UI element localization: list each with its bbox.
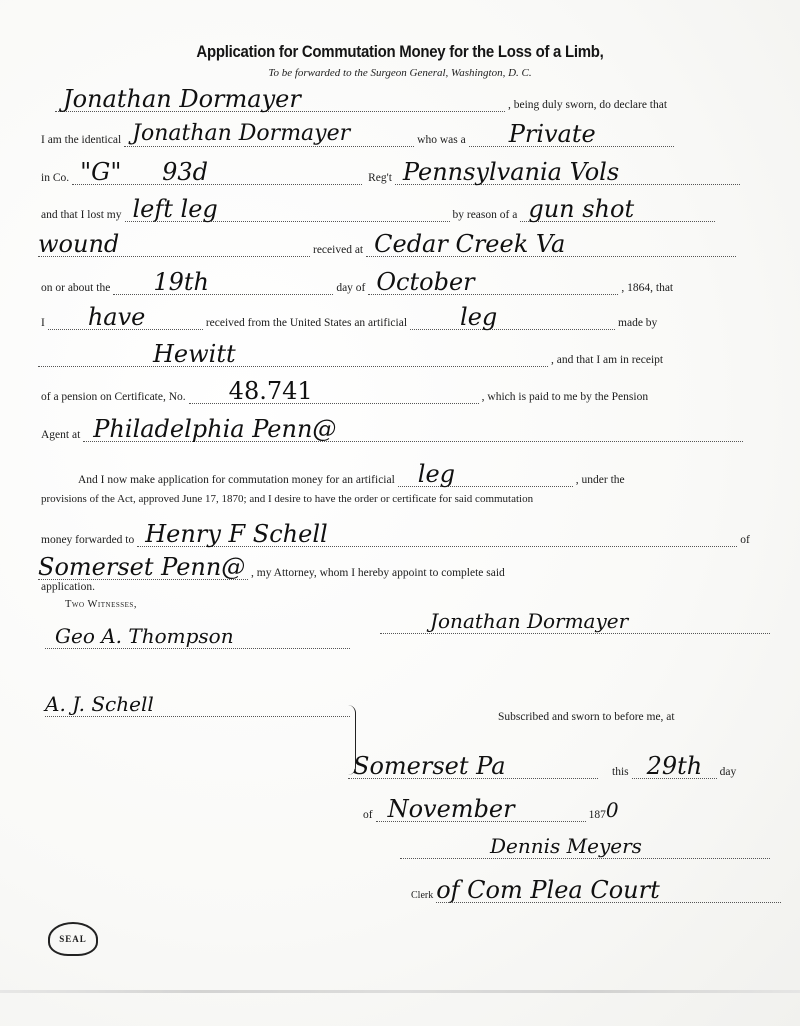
agent-line: Agent at Philadelphia Penn@ (38, 425, 743, 442)
application-line: And I now make application for commutati… (75, 470, 628, 487)
limb-lost: left leg (133, 197, 218, 221)
label-on-or-about: on or about the (38, 281, 113, 295)
date-line: on or about the 19th day of October , 18… (38, 278, 676, 295)
witness-1-field: Geo A. Thompson (45, 632, 350, 649)
label-in-co: in Co. (38, 171, 72, 185)
label-i: I (38, 316, 48, 330)
document-subtitle: To be forwarded to the Surgeon General, … (0, 67, 800, 79)
signature: Jonathan Dormayer (430, 609, 628, 633)
signature-line: Jonathan Dormayer (380, 617, 770, 634)
commutation-item: leg (418, 462, 455, 486)
company-field: "G" 93d (72, 168, 362, 185)
label-paid-by: , which is paid to me by the Pension (479, 390, 651, 404)
witness-2-line: A. J. Schell (45, 700, 350, 717)
witness-1: Geo A. Thompson (55, 624, 234, 648)
regiment-field: Pennsylvania Vols (395, 168, 740, 185)
have: have (88, 305, 146, 329)
cause-field: gun shot (520, 205, 715, 222)
day-field: 19th (113, 278, 333, 295)
certificate-no: 48.741 (229, 379, 313, 403)
clerk-line: Clerk of Com Plea Court (408, 886, 781, 903)
pension-agent-city: Philadelphia Penn@ (93, 417, 336, 441)
label-of: of (737, 533, 753, 547)
label-regt: Reg't (362, 171, 395, 185)
witness-1-line: Geo A. Thompson (45, 632, 350, 649)
signature-field: Jonathan Dormayer (380, 617, 770, 634)
label-apply-line1: And I now make application for commutati… (75, 473, 398, 487)
label-subscribed: Subscribed and sworn to before me, at (495, 710, 678, 724)
label-made-by: made by (615, 316, 660, 330)
label-under-the: , under the (573, 473, 628, 487)
label-day: day (717, 765, 740, 779)
label-two-witnesses: Two Witnesses, (62, 598, 140, 612)
certificate-field: 48.741 (189, 387, 479, 404)
sworn-place: Somerset Pa (353, 754, 506, 778)
sworn-month-line: of November 187 0 (360, 798, 619, 822)
label-by-reason: by reason of a (450, 208, 521, 222)
agent-field: Philadelphia Penn@ (83, 425, 743, 442)
attorney-line: money forwarded to Henry F Schell of (38, 530, 753, 547)
attorney-place-field: Somerset Penn@ (38, 563, 248, 580)
commutation-item-field: leg (398, 470, 573, 487)
regiment-number: 93d (162, 160, 208, 184)
official-name: Dennis Meyers (490, 834, 642, 858)
label-agent-at: Agent at (38, 428, 83, 442)
label-received-from: received from the United States an artif… (203, 316, 410, 330)
label-apply-line2: provisions of the Act, approved June 17,… (38, 492, 536, 506)
document-page: Application for Commutation Money for th… (0, 0, 800, 1026)
label-lost-my: and that I lost my (38, 208, 125, 222)
certificate-line: of a pension on Certificate, No. 48.741 … (38, 387, 651, 404)
label-clerk: Clerk (408, 889, 436, 903)
month-field: October (368, 278, 618, 295)
artificial-item-field: leg (410, 313, 615, 330)
declarant-field: Jonathan Dormayer (55, 95, 505, 112)
identical-line: I am the identical Jonathan Dormayer who… (38, 130, 674, 147)
declarant-name: Jonathan Dormayer (63, 87, 301, 111)
paper-fold-edge (0, 990, 800, 993)
witness-2: A. J. Schell (45, 692, 154, 716)
attorney-place-line: Somerset Penn@ , my Attorney, whom I her… (38, 563, 508, 580)
attorney-name: Henry F Schell (145, 522, 327, 546)
sworn-day-field: 29th (632, 762, 717, 779)
sworn-place-line: Somerset Pa this 29th day (348, 762, 739, 779)
rank: Private (509, 122, 596, 146)
provisions-line: provisions of the Act, approved June 17,… (38, 492, 536, 506)
maker: Hewitt (153, 342, 236, 366)
application-word-line: application. (38, 580, 98, 594)
place-field: Cedar Creek Va (366, 240, 736, 257)
cause-cont: wound (38, 232, 119, 256)
identical-field: Jonathan Dormayer (124, 130, 414, 147)
company-line: in Co. "G" 93d Reg't Pennsylvania Vols (38, 168, 740, 185)
have-field: have (48, 313, 203, 330)
sworn-month-field: November (376, 805, 586, 822)
label-day-of: day of (333, 281, 368, 295)
month: October (376, 270, 474, 294)
cause: gun shot (528, 197, 634, 221)
label-this: this (598, 765, 632, 779)
received-line: I have received from the United States a… (38, 313, 660, 330)
limb-field: left leg (125, 205, 450, 222)
rank-field: Private (469, 130, 674, 147)
official-title: of Com Plea Court (436, 878, 660, 902)
label-attorney: , my Attorney, whom I hereby appoint to … (248, 566, 508, 580)
official-line: Dennis Meyers (400, 842, 770, 859)
label-application: application. (38, 580, 98, 594)
label-received-at: received at (310, 243, 366, 257)
identical-name: Jonathan Dormayer (132, 122, 350, 146)
place-received: Cedar Creek Va (374, 232, 565, 256)
limb-line: and that I lost my left leg by reason of… (38, 205, 715, 222)
witness-2-field: A. J. Schell (45, 700, 350, 717)
maker-line: Hewitt , and that I am in receipt (38, 350, 666, 367)
regiment-state: Pennsylvania Vols (403, 160, 619, 184)
attorney-place: Somerset Penn@ (38, 555, 245, 579)
label-year-that: , 1864, that (618, 281, 676, 295)
witnesses-heading: Two Witnesses, (62, 598, 140, 612)
sworn-day: 29th (647, 754, 703, 778)
seal-stamp: SEAL (48, 922, 98, 956)
wound-line: wound received at Cedar Creek Va (38, 240, 736, 257)
label-in-receipt: , and that I am in receipt (548, 353, 666, 367)
artificial-item: leg (460, 305, 497, 329)
official-title-field: of Com Plea Court (436, 886, 781, 903)
company: "G" (80, 160, 121, 184)
label-being-sworn: , being duly sworn, do declare that (505, 98, 670, 112)
subscribed-line: Subscribed and sworn to before me, at (495, 710, 678, 724)
label-pension-cert: of a pension on Certificate, No. (38, 390, 189, 404)
seal-label: SEAL (59, 934, 87, 944)
attorney-field: Henry F Schell (137, 530, 737, 547)
label-forwarded-to: money forwarded to (38, 533, 137, 547)
official-field: Dennis Meyers (400, 842, 770, 859)
sworn-month: November (388, 797, 515, 821)
sworn-year-digit: 0 (606, 798, 619, 822)
label-year-prefix: 187 (586, 808, 606, 822)
label-who-was-a: who was a (414, 133, 469, 147)
sworn-place-field: Somerset Pa (348, 762, 598, 779)
maker-field: Hewitt (38, 350, 548, 367)
day: 19th (153, 270, 209, 294)
cause-cont-field: wound (38, 240, 310, 257)
label-i-am-identical: I am the identical (38, 133, 124, 147)
document-title: Application for Commutation Money for th… (48, 42, 752, 62)
label-of-month: of (360, 808, 376, 822)
declarant-line: Jonathan Dormayer , being duly sworn, do… (55, 95, 670, 112)
